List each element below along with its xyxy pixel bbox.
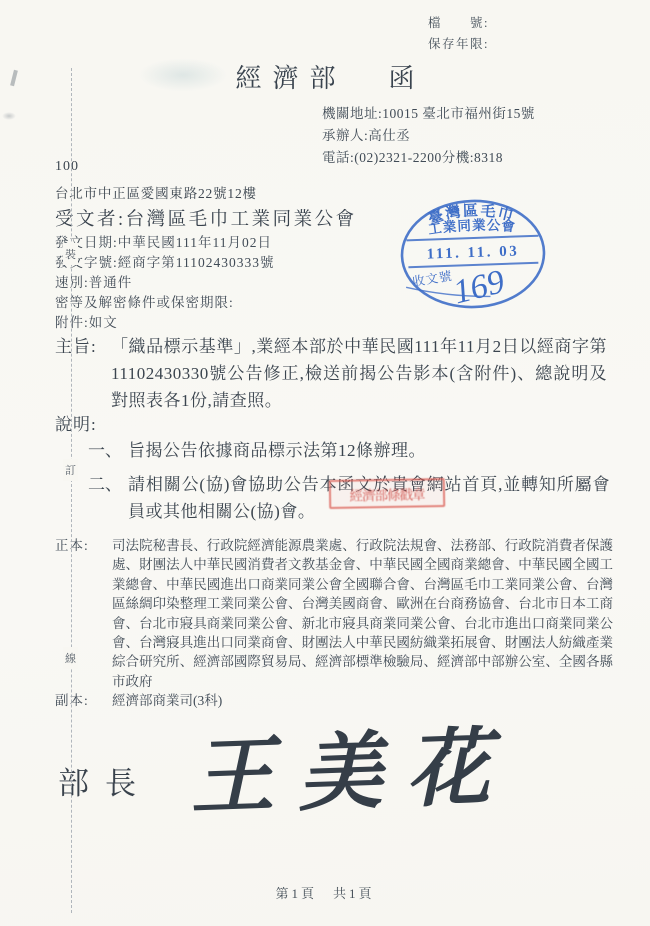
- stamp-received-label: 收文號: [411, 268, 453, 289]
- binding-char-xian: 線: [63, 647, 78, 669]
- binding-margin-line: [71, 68, 72, 913]
- stamp-date: 111. 11. 03: [426, 243, 519, 262]
- document-number: 發文字號:經商字第11102430333號: [55, 253, 275, 273]
- signer-name-signature: 王美花: [188, 722, 515, 826]
- security-classification: 密等及解密條件或保密期限:: [55, 293, 275, 313]
- archival-labels: 檔 號: 保存年限:: [428, 13, 489, 55]
- item-number: 二、: [88, 471, 128, 525]
- document-meta: 發文日期:中華民國111年11月02日 發文字號:經商字第11102430333…: [55, 233, 275, 333]
- recipient-address: 台北市中正區愛國東路22號12樓: [55, 182, 257, 202]
- priority: 速別:普通件: [55, 273, 275, 293]
- strip-seal-text: 經濟部條戳章: [349, 483, 424, 504]
- recipient-line: 受文者:台灣區毛巾工業同業公會: [55, 205, 357, 231]
- binding-char-ding: 訂: [63, 459, 78, 481]
- recipient-postal-code: 100: [55, 159, 79, 175]
- binding-char-zhuang: 裝: [63, 243, 78, 265]
- item-text: 旨揭公告依據商品標示法第12條辦理。: [128, 437, 610, 464]
- copy-label: 副本:: [55, 691, 112, 710]
- contact-phone: 電話:(02)2321-2200分機:8318: [322, 147, 535, 169]
- page-number: 第1頁 共1頁: [0, 883, 650, 902]
- document-type: 函: [389, 58, 415, 95]
- retention-period-label: 保存年限:: [428, 34, 489, 55]
- copy-recipients: 經濟部商業司(3科): [112, 691, 613, 710]
- explanation-item-1: 一、 旨揭公告依據商品標示法第12條辦理。: [88, 437, 610, 464]
- agency-address: 機關地址:10015 臺北市福州街15號: [322, 103, 535, 125]
- file-number-label: 檔 號:: [428, 13, 489, 34]
- original-recipients-row: 正本: 司法院秘書長、行政院經濟能源農業處、行政院法規會、法務部、行政院消費者保…: [55, 536, 613, 691]
- document-title: 經濟部 函: [0, 58, 650, 95]
- subject-text: 「織品標示基準」,業經本部於中華民國111年11月2日以經商字第11102430…: [111, 333, 607, 415]
- issue-date: 發文日期:中華民國111年11月02日: [55, 233, 275, 253]
- issuing-agency: 經濟部: [235, 58, 346, 95]
- signature-block: 部長 王美花: [58, 728, 514, 820]
- distribution-block: 正本: 司法院秘書長、行政院經濟能源農業處、行政院法規會、法務部、行政院消費者保…: [55, 536, 613, 711]
- subject-row: 主旨: 「織品標示基準」,業經本部於中華民國111年11月2日以經商字第1110…: [55, 333, 607, 415]
- copy-recipients-row: 副本: 經濟部商業司(3科): [55, 691, 613, 710]
- subject-label: 主旨:: [55, 333, 111, 415]
- scanned-official-letter: 檔 號: 保存年限: 經濟部 函 機關地址:10015 臺北市福州街15號 承辦…: [0, 0, 650, 926]
- explanation-label: 說明:: [55, 410, 97, 435]
- original-recipients: 司法院秘書長、行政院經濟能源農業處、行政院法規會、法務部、行政院消費者保護處、財…: [112, 536, 613, 691]
- scan-mark: [2, 112, 16, 120]
- signer-title: 部長: [58, 758, 152, 803]
- item-number: 一、: [88, 437, 128, 464]
- agency-contact-block: 機關地址:10015 臺北市福州街15號 承辦人:高仕丞 電話:(02)2321…: [322, 103, 535, 169]
- agency-strip-seal: 經濟部條戳章: [329, 478, 445, 509]
- attachment: 附件:如文: [55, 313, 275, 333]
- contact-person: 承辦人:高仕丞: [322, 125, 535, 147]
- received-stamp: 臺灣區毛巾 工業同業公會 111. 11. 03 收文號 169: [395, 194, 551, 313]
